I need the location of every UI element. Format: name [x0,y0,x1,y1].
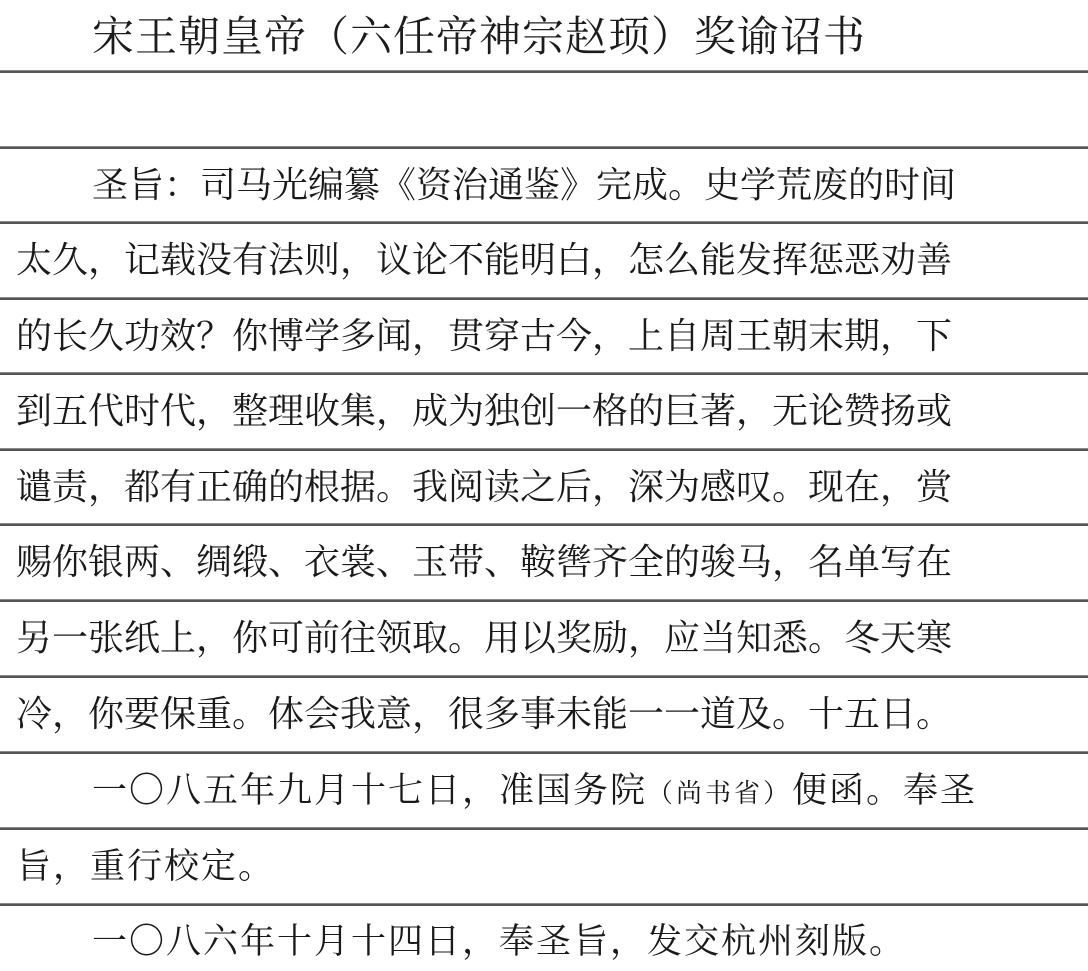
note-1-line-2: 旨，重行校定。 [16,831,275,903]
divider [0,523,1088,526]
divider [0,70,1088,73]
edict-line: 赐你银两、绸缎、衣裳、玉带、鞍辔齐全的骏马，名单写在 [16,527,952,599]
edict-line: 的长久功效？你博学多闻，贯穿古今，上自周王朝末期，下 [16,301,952,373]
divider [0,297,1088,300]
note-1-line-1: 一〇八五年九月十七日，准国务院（尚书省）便函。奉圣 [92,755,977,827]
divider [0,146,1088,149]
note-2-line-1: 一〇八六年十月十四日，奉圣旨，发交杭州刻版。 [92,906,906,971]
divider [0,827,1088,830]
document-title: 宋王朝皇帝（六任帝神宗赵顼）奖谕诏书 [92,6,866,68]
edict-line: 太久，记载没有法则，议论不能明白，怎么能发挥惩恶劝善 [16,225,952,297]
divider [0,372,1088,375]
edict-line: 另一张纸上，你可前往领取。用以奖励，应当知悉。冬天寒 [16,603,952,675]
note-1-paren: （尚书省） [647,779,792,809]
divider [0,751,1088,754]
note-1-text: 便函。奉圣 [792,771,977,811]
divider [0,221,1088,224]
note-1-text: 一〇八五年九月十七日，准国务院 [92,771,647,811]
edict-line: 冷，你要保重。体会我意，很多事未能一一道及。十五日。 [16,679,952,751]
edict-line: 谴责，都有正确的根据。我阅读之后，深为感叹。现在，赏 [16,452,952,524]
divider [0,599,1088,602]
divider [0,675,1088,678]
divider [0,448,1088,451]
edict-line: 到五代时代，整理收集，成为独创一格的巨著，无论赞扬或 [16,376,952,448]
edict-line: 圣旨：司马光编纂《资治通鉴》完成。史学荒废的时间 [92,150,956,222]
